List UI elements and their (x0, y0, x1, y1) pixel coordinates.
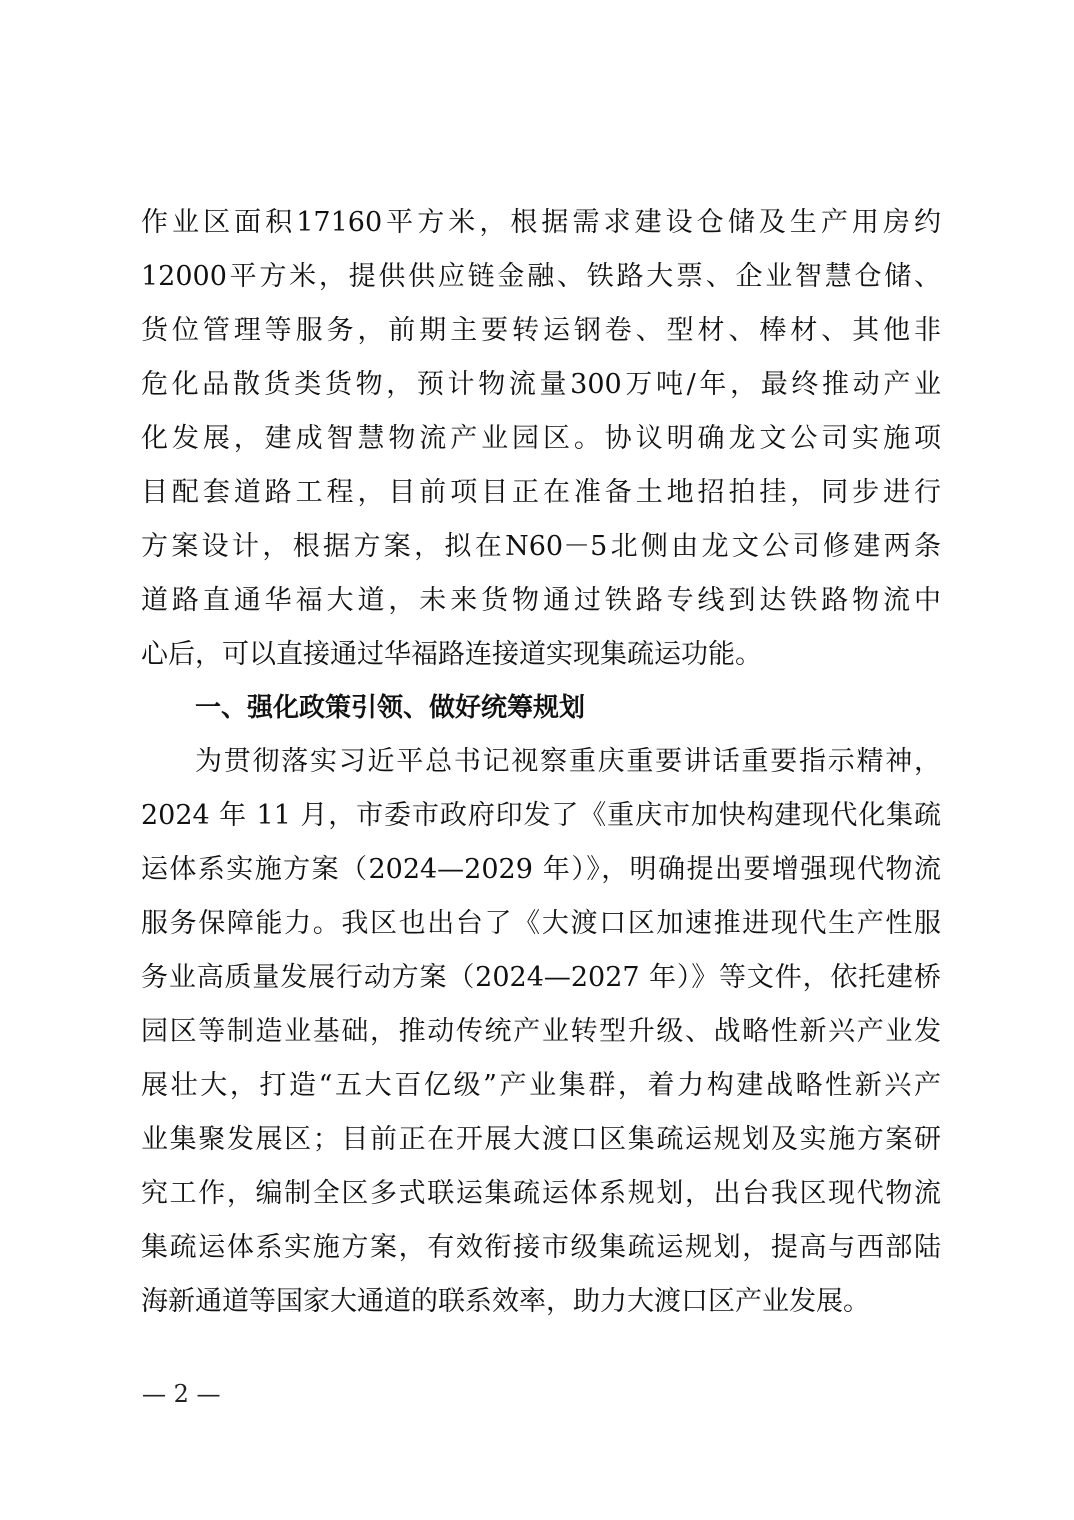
text-line: 为贯彻落实习近平总书记视察重庆重要讲话重要指示精神， (195, 744, 941, 780)
text-line: 海新通道等国家大通道的联系效率，助力大渡口区产业发展。 (141, 1284, 941, 1320)
text-line: 方案设计，根据方案，拟在N60－5北侧由龙文公司修建两条 (141, 529, 941, 565)
page-number: — 2 — (142, 1380, 221, 1408)
document-page: 作业区面积17160平方米，根据需求建设仓储及生产用房约 12000平方米，提供… (0, 0, 1074, 1520)
text-line: 园区等制造业基础，推动传统产业转型升级、战略性新兴产业发 (141, 1014, 941, 1050)
text-line: 货位管理等服务，前期主要转运钢卷、型材、棒材、其他非 (141, 313, 941, 349)
text-line: 12000平方米，提供供应链金融、铁路大票、企业智慧仓储、 (141, 259, 941, 295)
section-heading: 一、强化政策引领、做好统筹规划 (195, 690, 585, 726)
text-line: 道路直通华福大道，未来货物通过铁路专线到达铁路物流中 (141, 583, 941, 619)
text-line: 心后，可以直接通过华福路连接道实现集疏运功能。 (141, 637, 941, 673)
text-line: 业集聚发展区；目前正在开展大渡口区集疏运规划及实施方案研 (141, 1122, 941, 1158)
text-line: 危化品散货类货物，预计物流量300万吨/年，最终推动产业 (141, 367, 941, 403)
text-line: 运体系实施方案（2024—2029 年）》，明确提出要增强现代物流 (141, 852, 941, 888)
text-line: 展壮大，打造“五大百亿级”产业集群，着力构建战略性新兴产 (141, 1068, 941, 1104)
text-line: 目配套道路工程，目前项目正在准备土地招拍挂，同步进行 (141, 475, 941, 511)
text-line: 集疏运体系实施方案，有效衔接市级集疏运规划，提高与西部陆 (141, 1230, 941, 1266)
text-line: 究工作，编制全区多式联运集疏运体系规划，出台我区现代物流 (141, 1176, 941, 1212)
text-line: 作业区面积17160平方米，根据需求建设仓储及生产用房约 (141, 205, 941, 241)
text-line: 务业高质量发展行动方案（2024—2027 年）》等文件，依托建桥 (141, 960, 941, 996)
text-line: 2024 年 11 月，市委市政府印发了《重庆市加快构建现代化集疏 (141, 798, 941, 834)
text-line: 化发展，建成智慧物流产业园区。协议明确龙文公司实施项 (141, 421, 941, 457)
text-line: 服务保障能力。我区也出台了《大渡口区加速推进现代生产性服 (141, 906, 941, 942)
